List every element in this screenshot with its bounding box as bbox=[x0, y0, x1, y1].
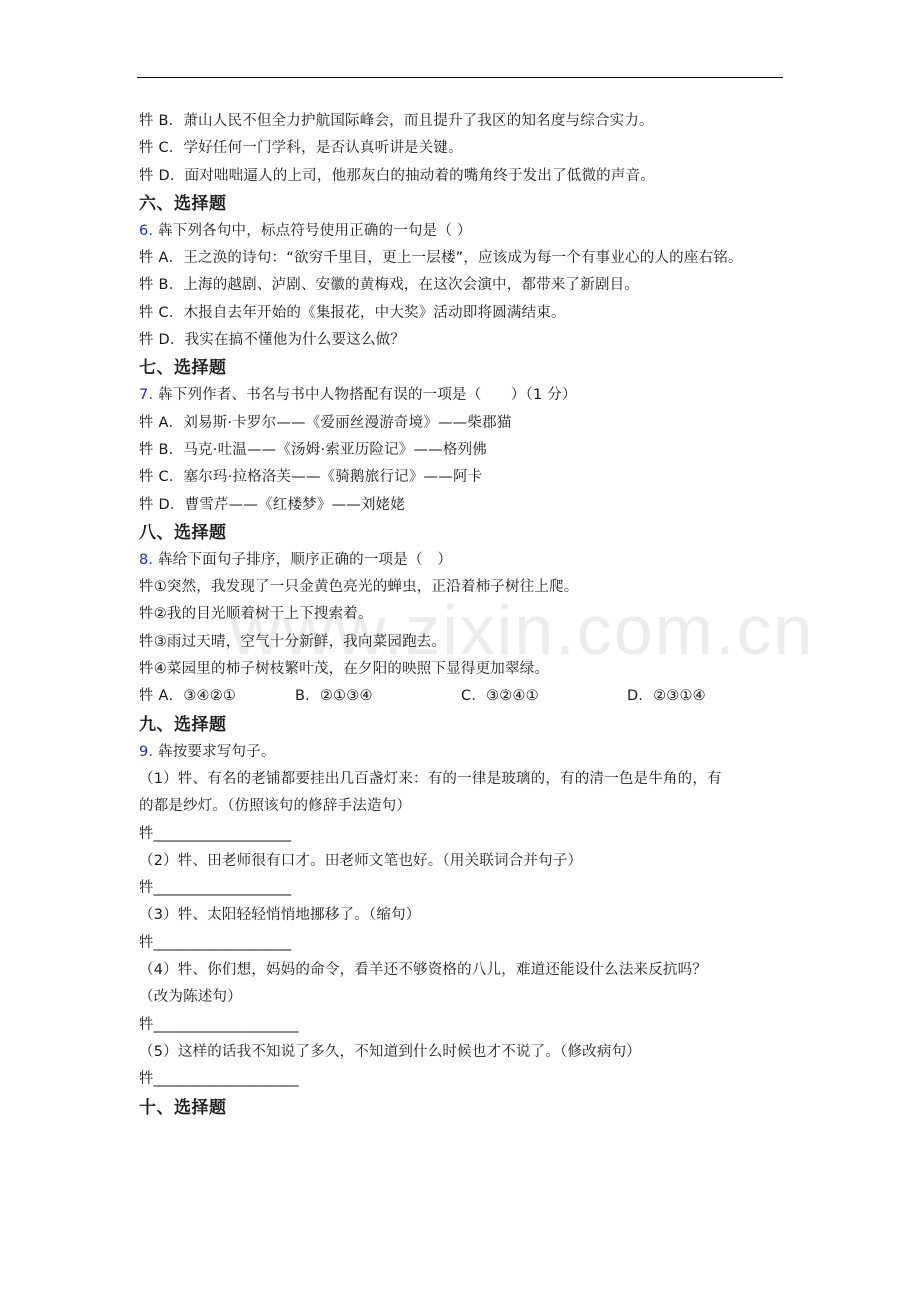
header-rule bbox=[137, 77, 783, 78]
sub-question-4-line2: （改为陈述句） bbox=[139, 984, 789, 1011]
question-number: 6. bbox=[139, 223, 153, 239]
question-number: 8. bbox=[139, 552, 153, 568]
sentence-3: 牪③雨过天晴，空气十分新鲜，我向菜园跑去。 bbox=[139, 629, 789, 656]
question-text: 犇下列作者、书名与书中人物搭配有误的一项是（ ）（1 分） bbox=[158, 387, 577, 403]
sub-question-3: （3）牪、太阳轻轻悄悄地挪移了。（缩句） bbox=[139, 902, 789, 929]
answer-blank-3[interactable]: 牪___________________ bbox=[139, 930, 789, 957]
section-heading: 六、选择题 bbox=[139, 190, 789, 218]
question-7: 7. 犇下列作者、书名与书中人物搭配有误的一项是（ ）（1 分） bbox=[139, 382, 789, 409]
question-text: 犇给下面句子排序，顺序正确的一项是（ ） bbox=[158, 552, 452, 568]
sentence-4: 牪④菜园里的柿子树枝繁叶茂，在夕阳的映照下显得更加翠绿。 bbox=[139, 656, 789, 683]
question-number: 9. bbox=[139, 744, 153, 760]
question-text: 犇下列各句中，标点符号使用正确的一句是（ ） bbox=[158, 223, 472, 239]
sentence-2: 牪②我的目光顺着树干上下搜索着。 bbox=[139, 601, 789, 628]
answer-blank-2[interactable]: 牪___________________ bbox=[139, 875, 789, 902]
section-heading: 十、选择题 bbox=[139, 1094, 789, 1122]
option-b[interactable]: 牪 B．萧山人民不但全力护航国际峰会，而且提升了我区的知名度与综合实力。 bbox=[139, 108, 789, 135]
answer-blank-5[interactable]: 牪____________________ bbox=[139, 1066, 789, 1093]
section-8: 八、选择题 8. 犇给下面句子排序，顺序正确的一项是（ ） 牪①突然，我发现了一… bbox=[139, 519, 789, 711]
sub-question-1-line2: 的都是纱灯。（仿照该句的修辞手法造句） bbox=[139, 793, 789, 820]
sub-question-4-line1: （4）牪、你们想，妈妈的命令，看羊还不够资格的八儿，难道还能设什么法来反抗吗？ bbox=[139, 957, 789, 984]
section-heading: 八、选择题 bbox=[139, 519, 789, 547]
answer-blank-1[interactable]: 牪___________________ bbox=[139, 821, 789, 848]
section-heading: 七、选择题 bbox=[139, 354, 789, 382]
choice-c[interactable]: C．③②④① bbox=[461, 683, 627, 710]
question-9: 9. 犇按要求写句子。 bbox=[139, 739, 789, 766]
section-7: 七、选择题 7. 犇下列作者、书名与书中人物搭配有误的一项是（ ）（1 分） 牪… bbox=[139, 354, 789, 518]
sub-question-2: （2）牪、田老师很有口才。田老师文笔也好。（用关联词合并句子） bbox=[139, 848, 789, 875]
section-9: 九、选择题 9. 犇按要求写句子。 （1）牪、有名的老铺都要挂出几百盏灯来：有的… bbox=[139, 711, 789, 1094]
answer-blank-4[interactable]: 牪____________________ bbox=[139, 1012, 789, 1039]
sub-question-5: （5）这样的话我不知说了多久，不知道到什么时候也才不说了。（修改病句） bbox=[139, 1039, 789, 1066]
question-number: 7. bbox=[139, 387, 153, 403]
question-8: 8. 犇给下面句子排序，顺序正确的一项是（ ） bbox=[139, 547, 789, 574]
question-text: 犇按要求写句子。 bbox=[158, 744, 276, 760]
option-c[interactable]: 牪 C．木报自去年开始的《集报花，中大奖》活动即将圆满结束。 bbox=[139, 300, 789, 327]
choice-b[interactable]: B．②①③④ bbox=[295, 683, 461, 710]
option-d[interactable]: 牪 D．曹雪芹——《红楼梦》——刘姥姥 bbox=[139, 492, 789, 519]
section-heading: 九、选择题 bbox=[139, 711, 789, 739]
choice-row: 牪 A．③④②① B．②①③④ C．③②④① D．②③①④ bbox=[139, 683, 789, 710]
section-6: 六、选择题 6. 犇下列各句中，标点符号使用正确的一句是（ ） 牪 A．王之涣的… bbox=[139, 190, 789, 354]
question-5-tail: 牪 B．萧山人民不但全力护航国际峰会，而且提升了我区的知名度与综合实力。 牪 C… bbox=[139, 108, 789, 190]
option-a[interactable]: 牪 A．刘易斯·卡罗尔——《爱丽丝漫游奇境》——柴郡猫 bbox=[139, 410, 789, 437]
option-d[interactable]: 牪 D．面对咄咄逼人的上司，他那灰白的抽动着的嘴角终于发出了低微的声音。 bbox=[139, 163, 789, 190]
sentence-1: 牪①突然，我发现了一只金黄色亮光的蝉虫，正沿着柿子树往上爬。 bbox=[139, 574, 789, 601]
choice-d[interactable]: D．②③①④ bbox=[627, 683, 706, 710]
sub-question-1-line1: （1）牪、有名的老铺都要挂出几百盏灯来：有的一律是玻璃的，有的清一色是牛角的，有 bbox=[139, 766, 789, 793]
option-b[interactable]: 牪 B．上海的越剧、泸剧、安徽的黄梅戏，在这次会演中，都带来了新剧目。 bbox=[139, 272, 789, 299]
document-page: 牪 B．萧山人民不但全力护航国际峰会，而且提升了我区的知名度与综合实力。 牪 C… bbox=[139, 108, 789, 1122]
section-10: 十、选择题 bbox=[139, 1094, 789, 1122]
option-d[interactable]: 牪 D．我实在搞不懂他为什么要这么做？ bbox=[139, 327, 789, 354]
option-c[interactable]: 牪 C．学好任何一门学科，是否认真听讲是关键。 bbox=[139, 135, 789, 162]
option-b[interactable]: 牪 B．马克·吐温——《汤姆·索亚历险记》——格列佛 bbox=[139, 437, 789, 464]
option-c[interactable]: 牪 C．塞尔玛·拉格洛芙——《骑鹅旅行记》——阿卡 bbox=[139, 464, 789, 491]
choice-a[interactable]: 牪 A．③④②① bbox=[139, 683, 295, 710]
option-a[interactable]: 牪 A．王之涣的诗句：“欲穷千里目，更上一层楼”，应该成为每一个有事业心的人的座… bbox=[139, 245, 779, 272]
question-6: 6. 犇下列各句中，标点符号使用正确的一句是（ ） bbox=[139, 218, 789, 245]
